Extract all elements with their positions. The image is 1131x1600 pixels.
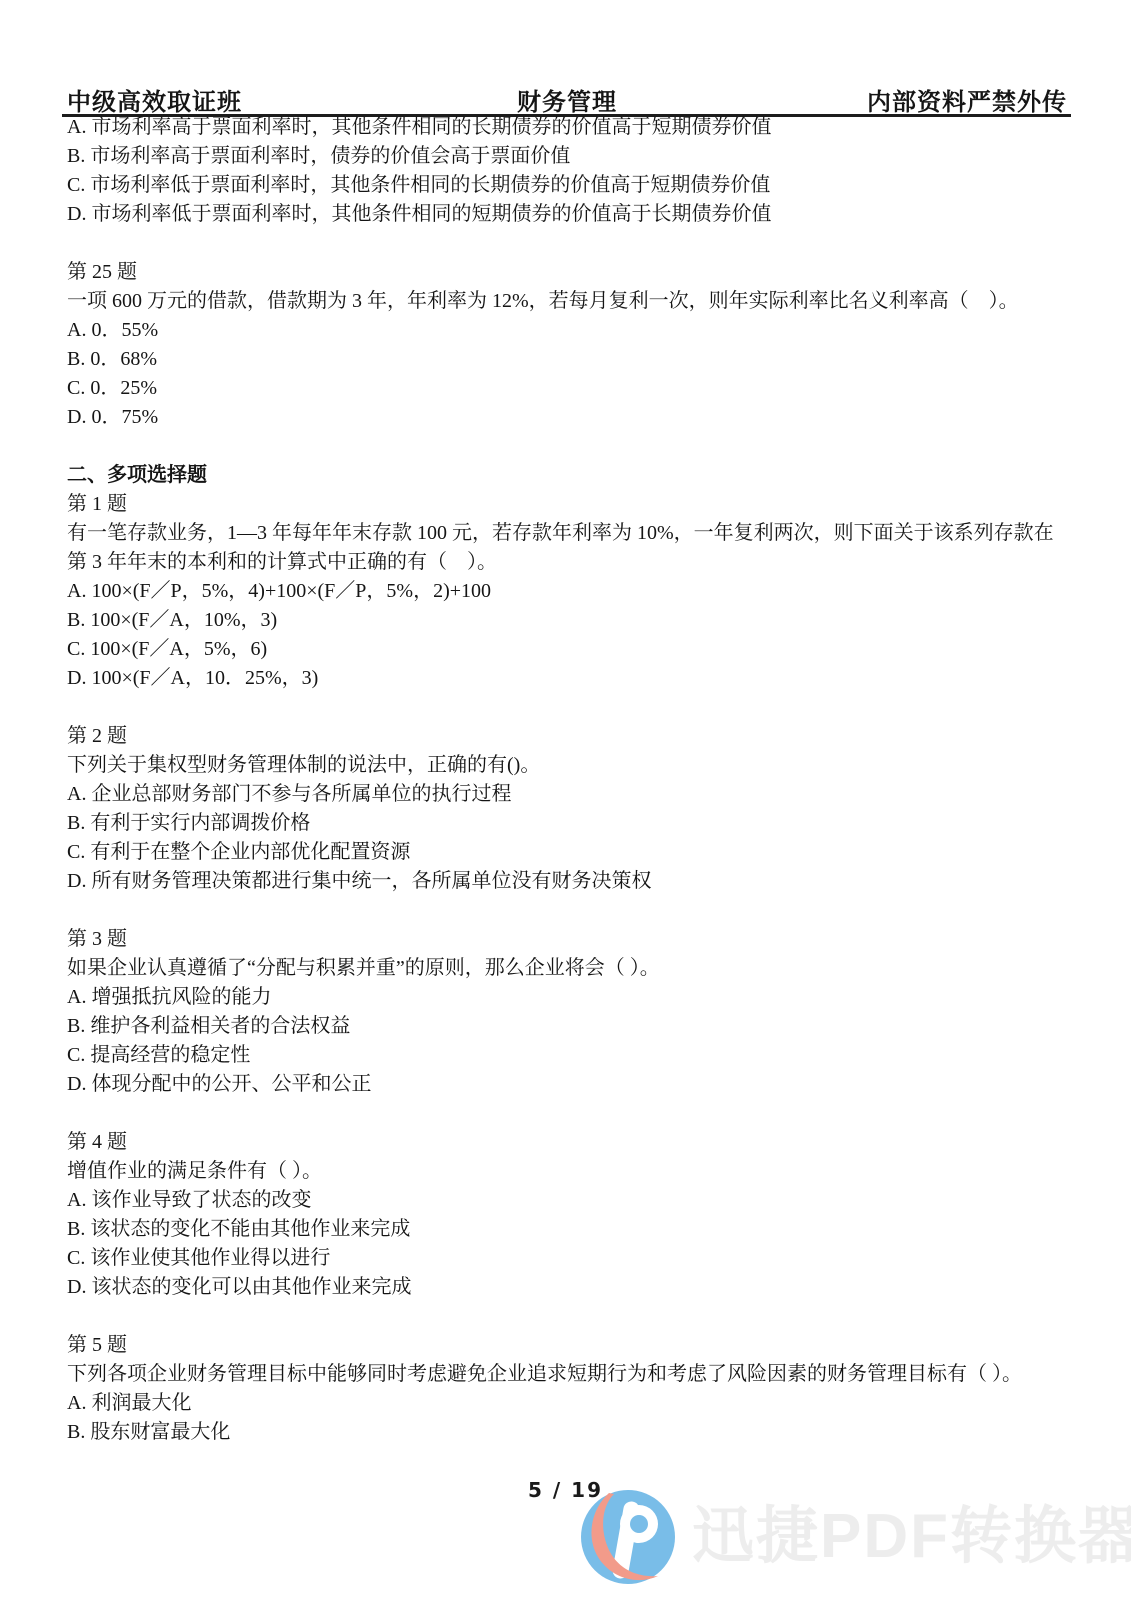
question-title: 第 1 题 [67,490,1077,519]
watermark-text: 迅捷PDF转换器 [692,1506,1131,1568]
mc-question-5: 第 5 题 下列各项企业财务管理目标中能够同时考虑避免企业追求短期行为和考虑了风… [67,1331,1077,1447]
header-confidential-notice: 内部资料严禁外传 [734,82,1067,117]
option-line: C. 提高经营的稳定性 [67,1041,1077,1070]
option-line: A. 利润最大化 [67,1389,1077,1418]
question-stem: 增值作业的满足条件有（ ）。 [67,1157,1077,1186]
option-line: A. 100×(F／P，5%，4)+100×(F／P，5%，2)+100 [67,577,1077,606]
header-subject-title: 财务管理 [400,82,733,117]
option-line: D. 该状态的变化可以由其他作业来完成 [67,1273,1077,1302]
section-heading-multiple-choice: 二、多项选择题 [67,461,1077,490]
option-line: B. 市场利率高于票面利率时，债券的价值会高于票面价值 [67,142,1077,171]
option-line: D. 0．75% [67,403,1077,432]
option-line: A. 增强抵抗风险的能力 [67,983,1077,1012]
option-line: B. 股东财富最大化 [67,1418,1077,1447]
document-page: 中级高效取证班 财务管理 内部资料严禁外传 A. 市场利率高于票面利率时，其他条… [0,0,1131,1600]
option-line: C. 有利于在整个企业内部优化配置资源 [67,838,1077,867]
question-stem: 一项 600 万元的借款，借款期为 3 年，年利率为 12%，若每月复利一次，则… [67,287,1077,316]
option-line: C. 市场利率低于票面利率时，其他条件相同的长期债券的价值高于短期债券价值 [67,171,1077,200]
question-stem: 有一笔存款业务，1—3 年每年年末存款 100 元，若存款年利率为 10%，一年… [67,519,1077,548]
option-line: D. 市场利率低于票面利率时，其他条件相同的短期债券的价值高于长期债券价值 [67,200,1077,229]
option-line: A. 市场利率高于票面利率时，其他条件相同的长期债券的价值高于短期债券价值 [67,113,1077,142]
option-line: B. 该状态的变化不能由其他作业来完成 [67,1215,1077,1244]
question-stem: 下列关于集权型财务管理体制的说法中，正确的有()。 [67,751,1077,780]
question-title: 第 2 题 [67,722,1077,751]
mc-question-3: 第 3 题 如果企业认真遵循了“分配与积累并重”的原则，那么企业将会（ ）。 A… [67,925,1077,1099]
option-line: C. 该作业使其他作业得以进行 [67,1244,1077,1273]
option-line: C. 0．25% [67,374,1077,403]
mc-question-2: 第 2 题 下列关于集权型财务管理体制的说法中，正确的有()。 A. 企业总部财… [67,722,1077,896]
question-title: 第 3 题 [67,925,1077,954]
question-25: 第 25 题 一项 600 万元的借款，借款期为 3 年，年利率为 12%，若每… [67,258,1077,432]
question-title: 第 4 题 [67,1128,1077,1157]
option-line: B. 有利于实行内部调拨价格 [67,809,1077,838]
question-title: 第 25 题 [67,258,1077,287]
option-line: D. 100×(F／A，10．25%，3) [67,664,1077,693]
carryover-question-options: A. 市场利率高于票面利率时，其他条件相同的长期债券的价值高于短期债券价值 B.… [67,113,1077,229]
option-line: B. 0．68% [67,345,1077,374]
mc-question-4: 第 4 题 增值作业的满足条件有（ ）。 A. 该作业导致了状态的改变 B. 该… [67,1128,1077,1302]
option-line: D. 体现分配中的公开、公平和公正 [67,1070,1077,1099]
page-header: 中级高效取证班 财务管理 内部资料严禁外传 [67,82,1067,117]
option-line: C. 100×(F／A，5%，6) [67,635,1077,664]
option-line: B. 100×(F／A，10%，3) [67,606,1077,635]
question-stem: 第 3 年年末的本利和的计算式中正确的有（ ）。 [67,548,1077,577]
pdf-converter-logo-icon [578,1487,678,1587]
option-line: A. 0．55% [67,316,1077,345]
mc-question-1: 第 1 题 有一笔存款业务，1—3 年每年年末存款 100 元，若存款年利率为 … [67,490,1077,693]
option-line: A. 企业总部财务部门不参与各所属单位的执行过程 [67,780,1077,809]
header-course-name: 中级高效取证班 [67,82,400,117]
exam-content: A. 市场利率高于票面利率时，其他条件相同的长期债券的价值高于短期债券价值 B.… [67,113,1077,1447]
watermark: 迅捷PDF转换器 [578,1487,1131,1587]
question-title: 第 5 题 [67,1331,1077,1360]
option-line: D. 所有财务管理决策都进行集中统一，各所属单位没有财务决策权 [67,867,1077,896]
option-line: A. 该作业导致了状态的改变 [67,1186,1077,1215]
option-line: B. 维护各利益相关者的合法权益 [67,1012,1077,1041]
question-stem: 如果企业认真遵循了“分配与积累并重”的原则，那么企业将会（ ）。 [67,954,1077,983]
question-stem: 下列各项企业财务管理目标中能够同时考虑避免企业追求短期行为和考虑了风险因素的财务… [67,1360,1077,1389]
